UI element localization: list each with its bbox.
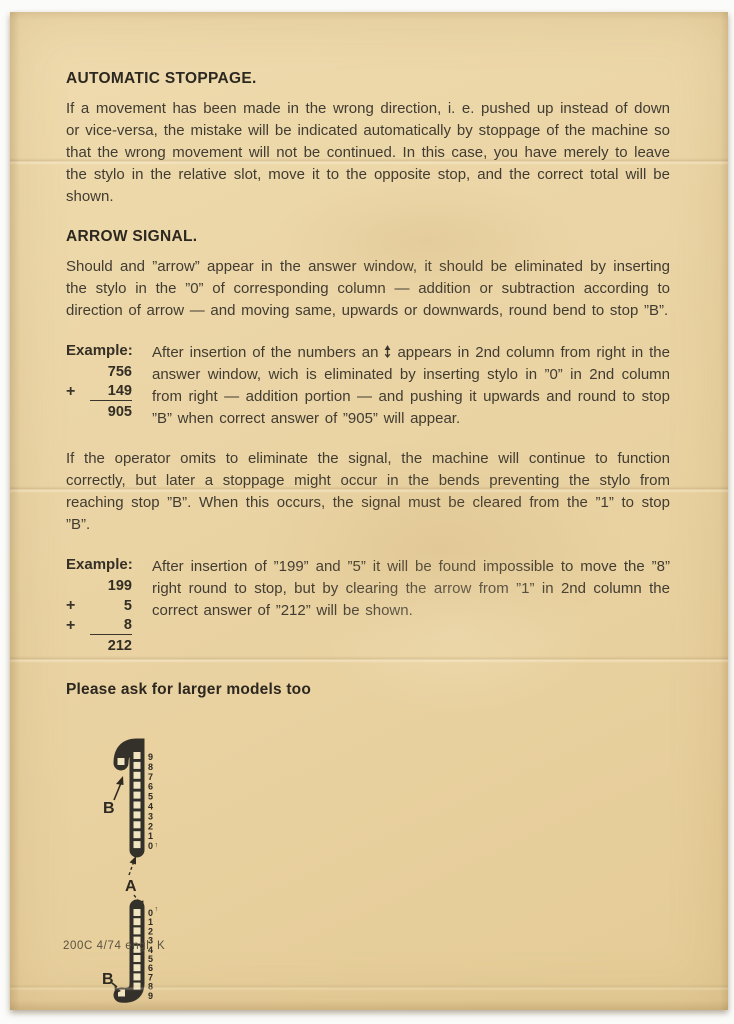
footer-code: 200C 4/74 engl. K (63, 940, 165, 952)
fold-crease (10, 656, 728, 663)
addition-row: + 149 (66, 381, 152, 401)
heading-arrow-signal: ARROW SIGNAL. (66, 228, 670, 246)
diagram-digit: 7 (148, 772, 153, 782)
diagram-digit: 4 (148, 802, 153, 812)
example-label: Example: (66, 556, 152, 573)
stop-b-label-upper: B (103, 800, 115, 817)
addition-row: 905 (66, 401, 152, 421)
column-diagram: 9 8 7 6 5 4 3 2 1 0 ↑ B A (102, 737, 184, 1005)
diagram-digit: 8 (148, 762, 153, 772)
addition-row: + 5 (66, 595, 152, 615)
plus-sign: + (66, 383, 90, 401)
diagram-digit: 9 (148, 752, 153, 762)
arrow-signal-icon (383, 345, 392, 358)
diagram-digit: 2 (148, 821, 153, 831)
operand: 199 (90, 577, 132, 595)
example-1-sum: Example: 756 + 149 905 (66, 342, 152, 430)
upper-column: 9 8 7 6 5 4 3 2 1 0 ↑ B (103, 746, 158, 851)
example-2: Example: 199 + 5 + 8 212 (66, 556, 670, 655)
diagram-digit: 9 (148, 991, 153, 1001)
addition-row: 756 (66, 361, 152, 381)
slot-hole (118, 758, 125, 765)
diagram-digit: 5 (148, 792, 153, 802)
example-2-text: After insertion of ”199” and ”5” it will… (152, 556, 670, 655)
tiny-up-arrow: ↑ (155, 842, 159, 849)
tiny-up-arrow: ↑ (155, 906, 159, 913)
addition-row: 212 (66, 635, 152, 655)
diagram-digit: 6 (148, 782, 153, 792)
plus-sign: + (66, 617, 90, 635)
stop-b-arrow-upper (114, 783, 121, 800)
window-a-label: A (125, 878, 137, 895)
operand: 5 (90, 597, 132, 615)
paragraph-arrow-signal: Should and ”arrow” appear in the answer … (66, 256, 670, 322)
stop-b-label-lower: B (102, 971, 114, 988)
addition-row: + 8 (66, 615, 152, 635)
diagram-digit: 1 (148, 831, 153, 841)
operand: 149 (90, 382, 132, 401)
operand: 8 (90, 616, 132, 635)
diagram-digit: 0 (148, 841, 153, 851)
paragraph-omit-signal: If the operator omits to eliminate the s… (66, 448, 670, 536)
promo-line: Please ask for larger models too (66, 681, 670, 699)
lower-column: 0 1 2 3 4 5 6 7 8 9 ↑ B (102, 906, 158, 1001)
example-1-text: After insertion of the numbers anappears… (152, 342, 670, 430)
heading-automatic-stoppage: AUTOMATIC STOPPAGE. (66, 70, 670, 88)
plus-sign: + (66, 597, 90, 615)
sum-total: 905 (90, 403, 132, 421)
example-2-sum: Example: 199 + 5 + 8 212 (66, 556, 152, 655)
sum-total: 212 (90, 637, 132, 655)
operand: 756 (90, 363, 132, 381)
example-1-text-before: After insertion of the numbers an (152, 344, 378, 361)
diagram-digit: 3 (148, 811, 153, 821)
addition-row: 199 (66, 575, 152, 595)
document-page: AUTOMATIC STOPPAGE. If a movement has be… (10, 12, 728, 1010)
example-label: Example: (66, 342, 152, 359)
example-1: Example: 756 + 149 905 After insertion o… (66, 342, 670, 430)
paragraph-automatic-stoppage: If a movement has been made in the wrong… (66, 98, 670, 208)
